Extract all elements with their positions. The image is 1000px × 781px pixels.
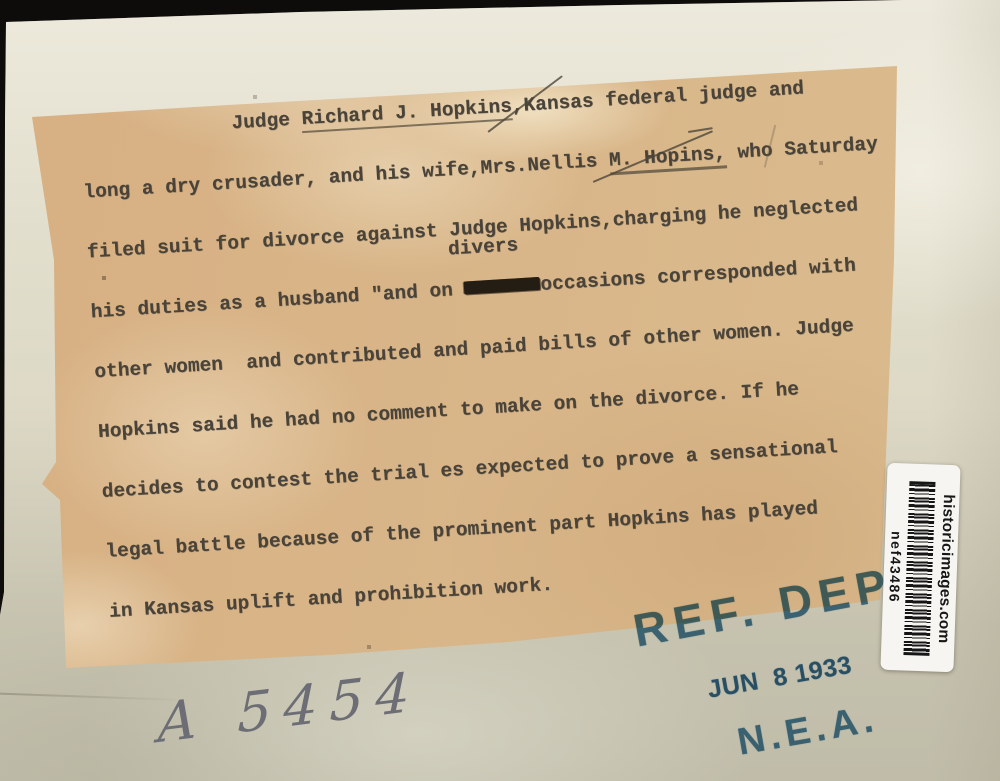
barcode	[903, 480, 935, 655]
caption-segment: in Kansas uplift and prohibition work.	[108, 574, 553, 623]
sticker-code-label: nef43486	[886, 530, 905, 602]
caption-segment: ,Kansas federal judge and	[511, 77, 804, 117]
typed-caption: Judge Richard J. Hopkins,Kansas federal …	[58, 50, 969, 643]
photo-back-scan: Judge Richard J. Hopkins,Kansas federal …	[0, 0, 1000, 781]
underlined-judge-name: Richard J. Hopkins	[301, 95, 513, 133]
underlined-wife-name: M. Hopins,	[608, 142, 726, 175]
barcode-sticker: historicimages.com nef43486	[880, 463, 960, 672]
dust-specks	[0, 0, 2, 2]
caption-segment: who Saturday	[725, 133, 878, 164]
inserted-word: divers	[447, 234, 518, 260]
sticker-site-label: historicimages.com	[933, 493, 956, 643]
redaction-mark: divers	[464, 277, 541, 295]
caption-segment: his duties as a husband "and on	[90, 279, 465, 324]
barcode-sticker-content: historicimages.com nef43486	[880, 463, 960, 672]
caption-segment: Judge	[231, 108, 302, 134]
caption-segment: occasions corresponded with	[540, 255, 857, 296]
